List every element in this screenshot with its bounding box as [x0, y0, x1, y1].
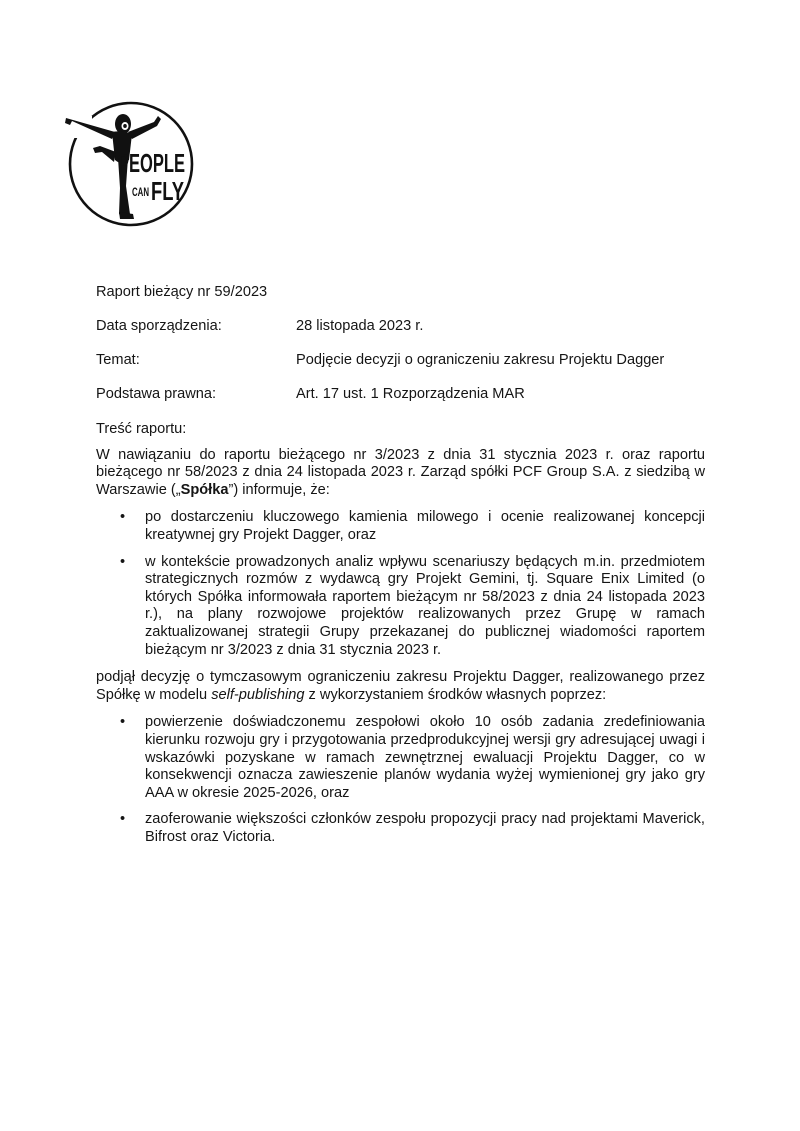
list-item: • powierzenie doświadczonemu zespołowi o… — [96, 714, 705, 802]
list-item: • w kontekście prowadzonych analiz wpływ… — [96, 554, 705, 660]
list-item-text: zaoferowanie większości członków zespołu… — [145, 811, 705, 845]
bullet-icon: • — [120, 554, 125, 572]
measures-list: • powierzenie doświadczonemu zespołowi o… — [96, 714, 705, 846]
meta-value: Art. 17 ust. 1 Rozporządzenia MAR — [296, 385, 716, 403]
meta-row-date: Data sporządzenia: 28 listopada 2023 r. — [96, 317, 716, 335]
self-publishing-term: self-publishing — [211, 687, 304, 703]
meta-row-legal-basis: Podstawa prawna: Art. 17 ust. 1 Rozporzą… — [96, 385, 716, 403]
meta-label: Temat: — [96, 351, 296, 369]
decision-paragraph: podjął decyzję o tymczasowym ograniczeni… — [96, 669, 705, 704]
people-can-fly-logo-icon: PEOPLE CAN FLY — [62, 96, 200, 230]
bullet-icon: • — [120, 811, 125, 829]
intro-text-end: ”) informuje, że: — [228, 482, 329, 498]
list-item: • zaoferowanie większości członków zespo… — [96, 811, 705, 846]
decision-text-end: z wykorzystaniem środków własnych poprze… — [305, 687, 607, 703]
report-content: Treść raportu: W nawiązaniu do raportu b… — [96, 421, 705, 856]
company-defined-term: Spółka — [181, 482, 229, 498]
bullet-icon: • — [120, 714, 125, 732]
circumstances-list: • po dostarczeniu kluczowego kamienia mi… — [96, 509, 705, 659]
report-number: Raport bieżący nr 59/2023 — [96, 283, 716, 301]
list-item-text: powierzenie doświadczonemu zespołowi oko… — [145, 714, 705, 800]
bullet-icon: • — [120, 509, 125, 527]
meta-row-subject: Temat: Podjęcie decyzji o ograniczeniu z… — [96, 351, 716, 369]
list-item: • po dostarczeniu kluczowego kamienia mi… — [96, 509, 705, 544]
logo-text-people: PEOPLE — [118, 148, 185, 178]
logo-text-can: CAN — [132, 185, 149, 199]
list-item-text: w kontekście prowadzonych analiz wpływu … — [145, 554, 705, 658]
list-item-text: po dostarczeniu kluczowego kamienia milo… — [145, 509, 705, 543]
meta-label: Podstawa prawna: — [96, 385, 296, 403]
intro-paragraph: W nawiązaniu do raportu bieżącego nr 3/2… — [96, 447, 705, 500]
meta-value: 28 listopada 2023 r. — [296, 317, 716, 335]
company-logo: PEOPLE CAN FLY — [62, 96, 200, 230]
content-heading: Treść raportu: — [96, 421, 705, 439]
logo-text-fly: FLY — [151, 176, 184, 206]
meta-value: Podjęcie decyzji o ograniczeniu zakresu … — [296, 351, 716, 369]
report-metadata: Raport bieżący nr 59/2023 Data sporządze… — [96, 283, 716, 419]
meta-label: Data sporządzenia: — [96, 317, 296, 335]
